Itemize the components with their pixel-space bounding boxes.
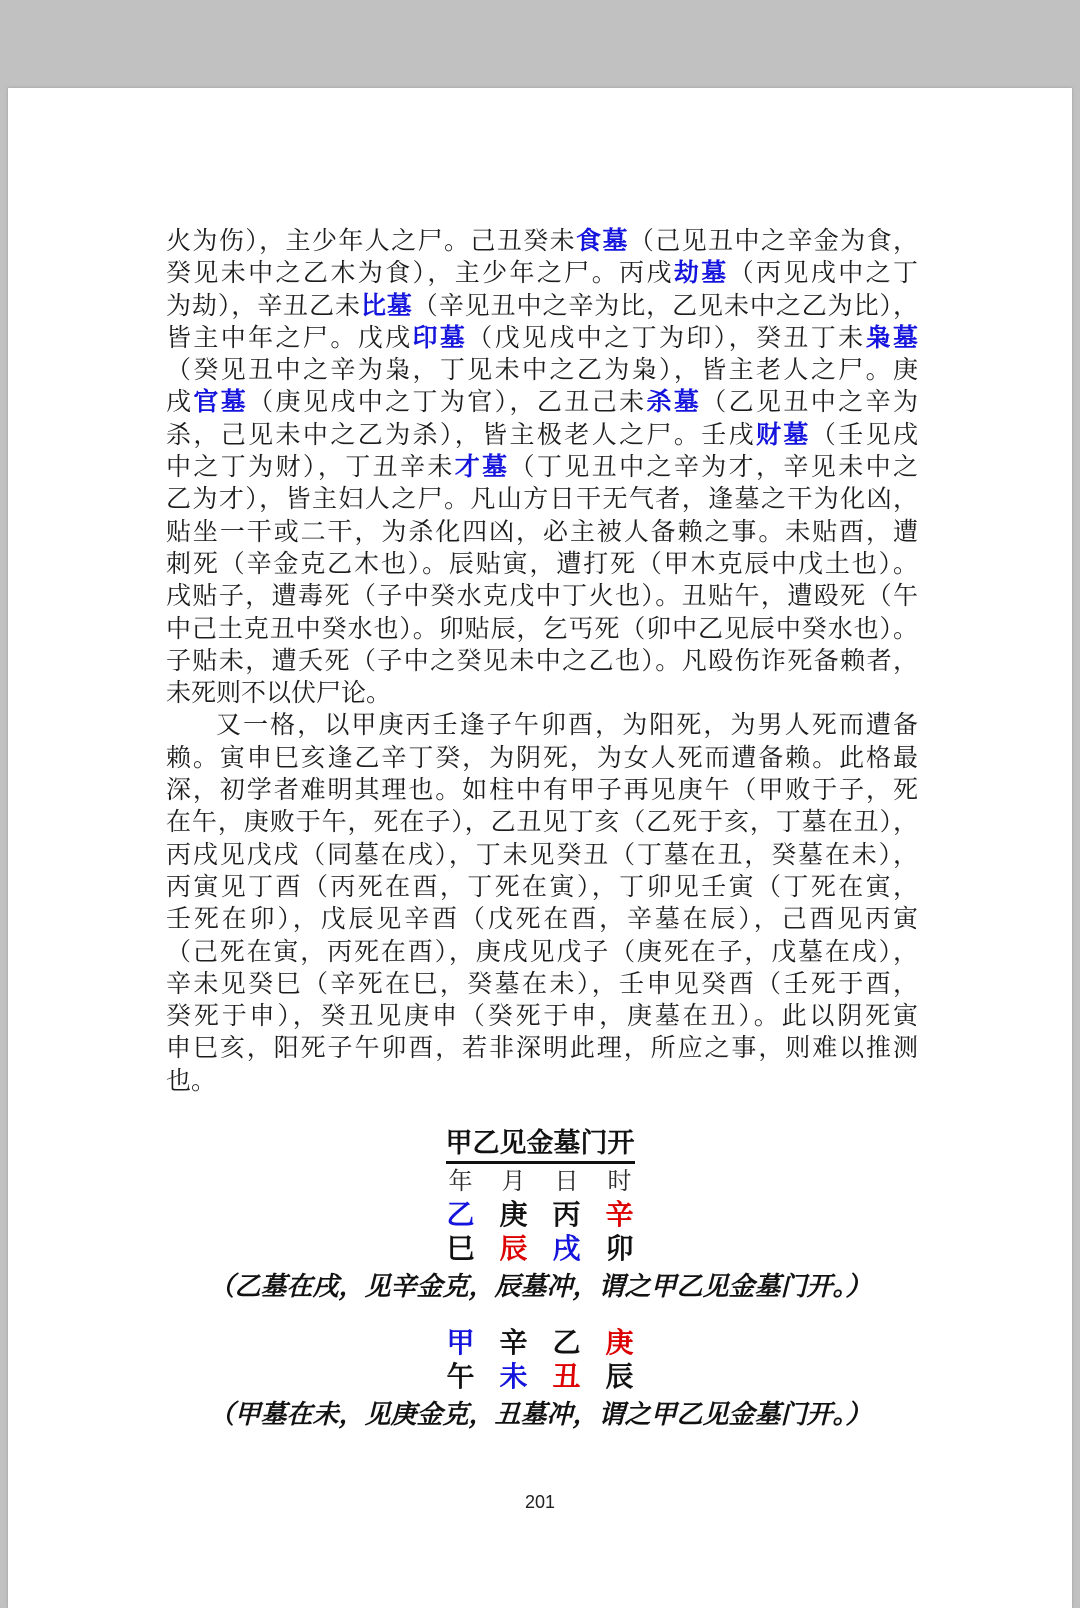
text-segment: 又一格，以甲庚丙壬逢子午卯酉，为阳死，为男人死而遭备 (216, 712, 918, 739)
text-line: 辛未见癸巳（辛死在巳，癸墓在未），壬申见癸酉（壬死于酉， (166, 969, 918, 1001)
pillar-row: 乙庚丙辛 (8, 1199, 1072, 1233)
body-text: 火为伤），主少年人之尸。己丑癸未食墓（己见丑中之辛金为食，癸见未中之乙木为食），… (166, 226, 918, 1098)
text-line: 也。 (166, 1066, 918, 1098)
text-line: 子贴未，遭夭死（子中之癸见未中之乙也）。凡殴伤诈死备赖者， (166, 646, 918, 678)
pillar-cell: 庚 (593, 1327, 646, 1361)
text-line: 丙戌见戊戌（同墓在戌），丁未见癸丑（丁墓在丑，癸墓在未）， (166, 840, 918, 872)
text-segment: 戌贴子，遭毒死（子中癸水克戊中丁火也）。丑贴午，遭殴死（午 (166, 583, 918, 610)
pillar-cell: 乙 (540, 1327, 593, 1361)
text-line: 未死则不以伏尸论。 (166, 678, 918, 710)
text-segment: （戊见戌中之丁为印），癸丑丁未 (467, 325, 865, 352)
text-segment: 火为伤），主少年人之尸。己丑癸未 (166, 228, 576, 255)
pillar-header-cell: 日 (540, 1165, 593, 1199)
text-segment: 皆主中年之尸。戊戌 (166, 325, 412, 352)
pillar-cell: 巳 (434, 1233, 487, 1267)
pillar-row: 午未丑辰 (8, 1361, 1072, 1395)
viewer-background: { "colors": { "blue": "#1414dd", "red": … (0, 0, 1080, 1608)
example-caption-2: （甲墓在未，见庚金克，丑墓冲，谓之甲乙见金墓门开。） (8, 1398, 1072, 1431)
text-line: 贴坐一干或二干，为杀化四凶，必主被人备赖之事。未贴酉，遭 (166, 517, 918, 549)
text-segment: 赖。寅申巳亥逢乙辛丁癸，为阴死，为女人死而遭备赖。此格最 (166, 745, 918, 772)
example-title: 甲乙见金墓门开 (446, 1126, 635, 1164)
text-line: 皆主中年之尸。戊戌印墓（戊见戌中之丁为印），癸丑丁未枭墓 (166, 323, 918, 355)
pillar-header-row: 年月日时 (8, 1165, 1072, 1199)
text-segment: 为劫），辛丑乙未 (166, 293, 361, 320)
text-segment: 中己土克丑中癸水也）。卯贴辰，乞丐死（卯中乙见辰中癸水也）。 (166, 616, 918, 643)
text-segment: （丁见丑中之辛为才，辛见未中之 (510, 454, 918, 481)
text-line: 戌官墓（庚见戌中之丁为官），乙丑己未杀墓（乙见丑中之辛为 (166, 387, 918, 419)
pillar-chart-2: 甲辛乙庚午未丑辰 (8, 1327, 1072, 1395)
text-segment: （庚见戌中之丁为官），乙丑己未 (248, 389, 646, 416)
pillar-cell: 辛 (487, 1327, 540, 1361)
text-segment: 中之丁为财），丁丑辛未 (166, 454, 455, 481)
pillar-cell: 乙 (434, 1199, 487, 1233)
text-line: 乙为才），皆主妇人之尸。凡山方日干无气者，逢墓之干为化凶， (166, 484, 918, 516)
text-segment: 癸死于申），癸丑见庚申（癸死于申，庚墓在丑）。此以阴死寅 (166, 1003, 918, 1030)
pillar-cell: 辰 (487, 1233, 540, 1267)
term-highlight: 才墓 (455, 454, 510, 481)
text-segment: 未死则不以伏尸论。 (166, 680, 391, 707)
text-line: 刺死（辛金克乙木也）。辰贴寅，遭打死（甲木克辰中戊土也）。 (166, 549, 918, 581)
text-segment: 在午，庚败于午，死在子），乙丑见丁亥（乙死于亥，丁墓在丑）， (166, 809, 918, 836)
text-line: 戌贴子，遭毒死（子中癸水克戊中丁火也）。丑贴午，遭殴死（午 (166, 581, 918, 613)
text-line: 癸死于申），癸丑见庚申（癸死于申，庚墓在丑）。此以阴死寅 (166, 1001, 918, 1033)
term-highlight: 财墓 (756, 422, 811, 449)
text-line: 火为伤），主少年人之尸。己丑癸未食墓（己见丑中之辛金为食， (166, 226, 918, 258)
text-segment: （壬见戌 (811, 422, 918, 449)
text-segment: 丙寅见丁酉（丙死在酉，丁死在寅），丁卯见壬寅（丁死在寅， (166, 874, 918, 901)
text-line: 杀，己见未中之乙为杀），皆主极老人之尸。壬戌财墓（壬见戌 (166, 420, 918, 452)
text-segment: 丙戌见戊戌（同墓在戌），丁未见癸丑（丁墓在丑，癸墓在未）， (166, 842, 918, 869)
text-segment: （己见丑中之辛金为食， (629, 228, 918, 255)
pillar-chart-1: 乙庚丙辛巳辰戌卯 (8, 1199, 1072, 1267)
text-segment: 贴坐一干或二干，为杀化四凶，必主被人备赖之事。未贴酉，遭 (166, 519, 918, 546)
text-segment: 壬死在卯），戊辰见辛酉（戊死在酉，辛墓在辰），己酉见丙寅 (166, 906, 918, 933)
text-segment: 乙为才），皆主妇人之尸。凡山方日干无气者，逢墓之干为化凶， (166, 486, 918, 513)
example-caption-1: （乙墓在戌，见辛金克，辰墓冲，谓之甲乙见金墓门开。） (8, 1270, 1072, 1303)
text-line: 在午，庚败于午，死在子），乙丑见丁亥（乙死于亥，丁墓在丑）， (166, 807, 918, 839)
term-highlight: 食墓 (576, 228, 629, 255)
text-line: 中之丁为财），丁丑辛未才墓（丁见丑中之辛为才，辛见未中之 (166, 452, 918, 484)
text-segment: 癸见未中之乙木为食），主少年之尸。丙戌 (166, 260, 674, 287)
document-page: 火为伤），主少年人之尸。己丑癸未食墓（己见丑中之辛金为食，癸见未中之乙木为食），… (8, 88, 1072, 1608)
pillar-cell: 丙 (540, 1199, 593, 1233)
term-highlight: 比墓 (361, 293, 413, 320)
pillar-header-cell: 年 (434, 1165, 487, 1199)
pillar-cell: 甲 (434, 1327, 487, 1361)
pillar-header-cell: 时 (593, 1165, 646, 1199)
text-segment: 深，初学者难明其理也。如柱中有甲子再见庚午（甲败于子，死 (166, 777, 918, 804)
pillar-cell: 未 (487, 1361, 540, 1395)
text-line: 深，初学者难明其理也。如柱中有甲子再见庚午（甲败于子，死 (166, 775, 918, 807)
pillar-row: 甲辛乙庚 (8, 1327, 1072, 1361)
term-highlight: 枭墓 (866, 325, 918, 352)
term-highlight: 官墓 (193, 389, 248, 416)
text-line: 丙寅见丁酉（丙死在酉，丁死在寅），丁卯见壬寅（丁死在寅， (166, 872, 918, 904)
pillar-header-cell: 月 (487, 1165, 540, 1199)
pillar-cell: 辰 (593, 1361, 646, 1395)
text-segment: 申巳亥，阳死子午卯酉，若非深明此理，所应之事，则难以推测 (166, 1035, 918, 1062)
text-segment: 也。 (166, 1068, 216, 1095)
text-line: （己死在寅，丙死在酉），庚戌见戊子（庚死在子，戊墓在戌）， (166, 937, 918, 969)
text-segment: （己死在寅，丙死在酉），庚戌见戊子（庚死在子，戊墓在戌）， (166, 939, 918, 966)
text-line: 壬死在卯），戊辰见辛酉（戊死在酉，辛墓在辰），己酉见丙寅 (166, 904, 918, 936)
text-segment: 刺死（辛金克乙木也）。辰贴寅，遭打死（甲木克辰中戊土也）。 (166, 551, 918, 578)
page-number: 201 (8, 1492, 1072, 1513)
text-line: 赖。寅申巳亥逢乙辛丁癸，为阴死，为女人死而遭备赖。此格最 (166, 743, 918, 775)
example-title-row: 甲乙见金墓门开 (8, 1126, 1072, 1165)
pillar-cell: 辛 (593, 1199, 646, 1233)
text-segment: （乙见丑中之辛为 (701, 389, 918, 416)
pillar-cell: 庚 (487, 1199, 540, 1233)
text-segment: （辛见丑中之辛为比，乙见未中之乙为比）， (413, 293, 918, 320)
text-line: 癸见未中之乙木为食），主少年之尸。丙戌劫墓（丙见戌中之丁 (166, 258, 918, 290)
term-highlight: 印墓 (412, 325, 467, 352)
pillar-row: 巳辰戌卯 (8, 1233, 1072, 1267)
text-line: 为劫），辛丑乙未比墓（辛见丑中之辛为比，乙见未中之乙为比）， (166, 291, 918, 323)
pillar-cell: 卯 (593, 1233, 646, 1267)
text-segment: 子贴未，遭夭死（子中之癸见未中之乙也）。凡殴伤诈死备赖者， (166, 648, 918, 675)
term-highlight: 杀墓 (646, 389, 701, 416)
example-section: 甲乙见金墓门开 年月日时 乙庚丙辛巳辰戌卯 （乙墓在戌，见辛金克，辰墓冲，谓之甲… (8, 1126, 1072, 1431)
pillar-cell: 戌 (540, 1233, 593, 1267)
text-segment: （癸见丑中之辛为枭，丁见未中之乙为枭），皆主老人之尸。庚 (166, 357, 918, 384)
text-segment: 戌 (166, 389, 193, 416)
term-highlight: 劫墓 (674, 260, 729, 287)
pillar-cell: 午 (434, 1361, 487, 1395)
text-segment: （丙见戌中之丁 (729, 260, 918, 287)
text-line: 申巳亥，阳死子午卯酉，若非深明此理，所应之事，则难以推测 (166, 1033, 918, 1065)
text-line: 又一格，以甲庚丙壬逢子午卯酉，为阳死，为男人死而遭备 (166, 710, 918, 742)
text-line: （癸见丑中之辛为枭，丁见未中之乙为枭），皆主老人之尸。庚 (166, 355, 918, 387)
text-line: 中己土克丑中癸水也）。卯贴辰，乞丐死（卯中乙见辰中癸水也）。 (166, 614, 918, 646)
pillar-cell: 丑 (540, 1361, 593, 1395)
text-segment: 杀，己见未中之乙为杀），皆主极老人之尸。壬戌 (166, 422, 756, 449)
text-segment: 辛未见癸巳（辛死在巳，癸墓在未），壬申见癸酉（壬死于酉， (166, 971, 918, 998)
